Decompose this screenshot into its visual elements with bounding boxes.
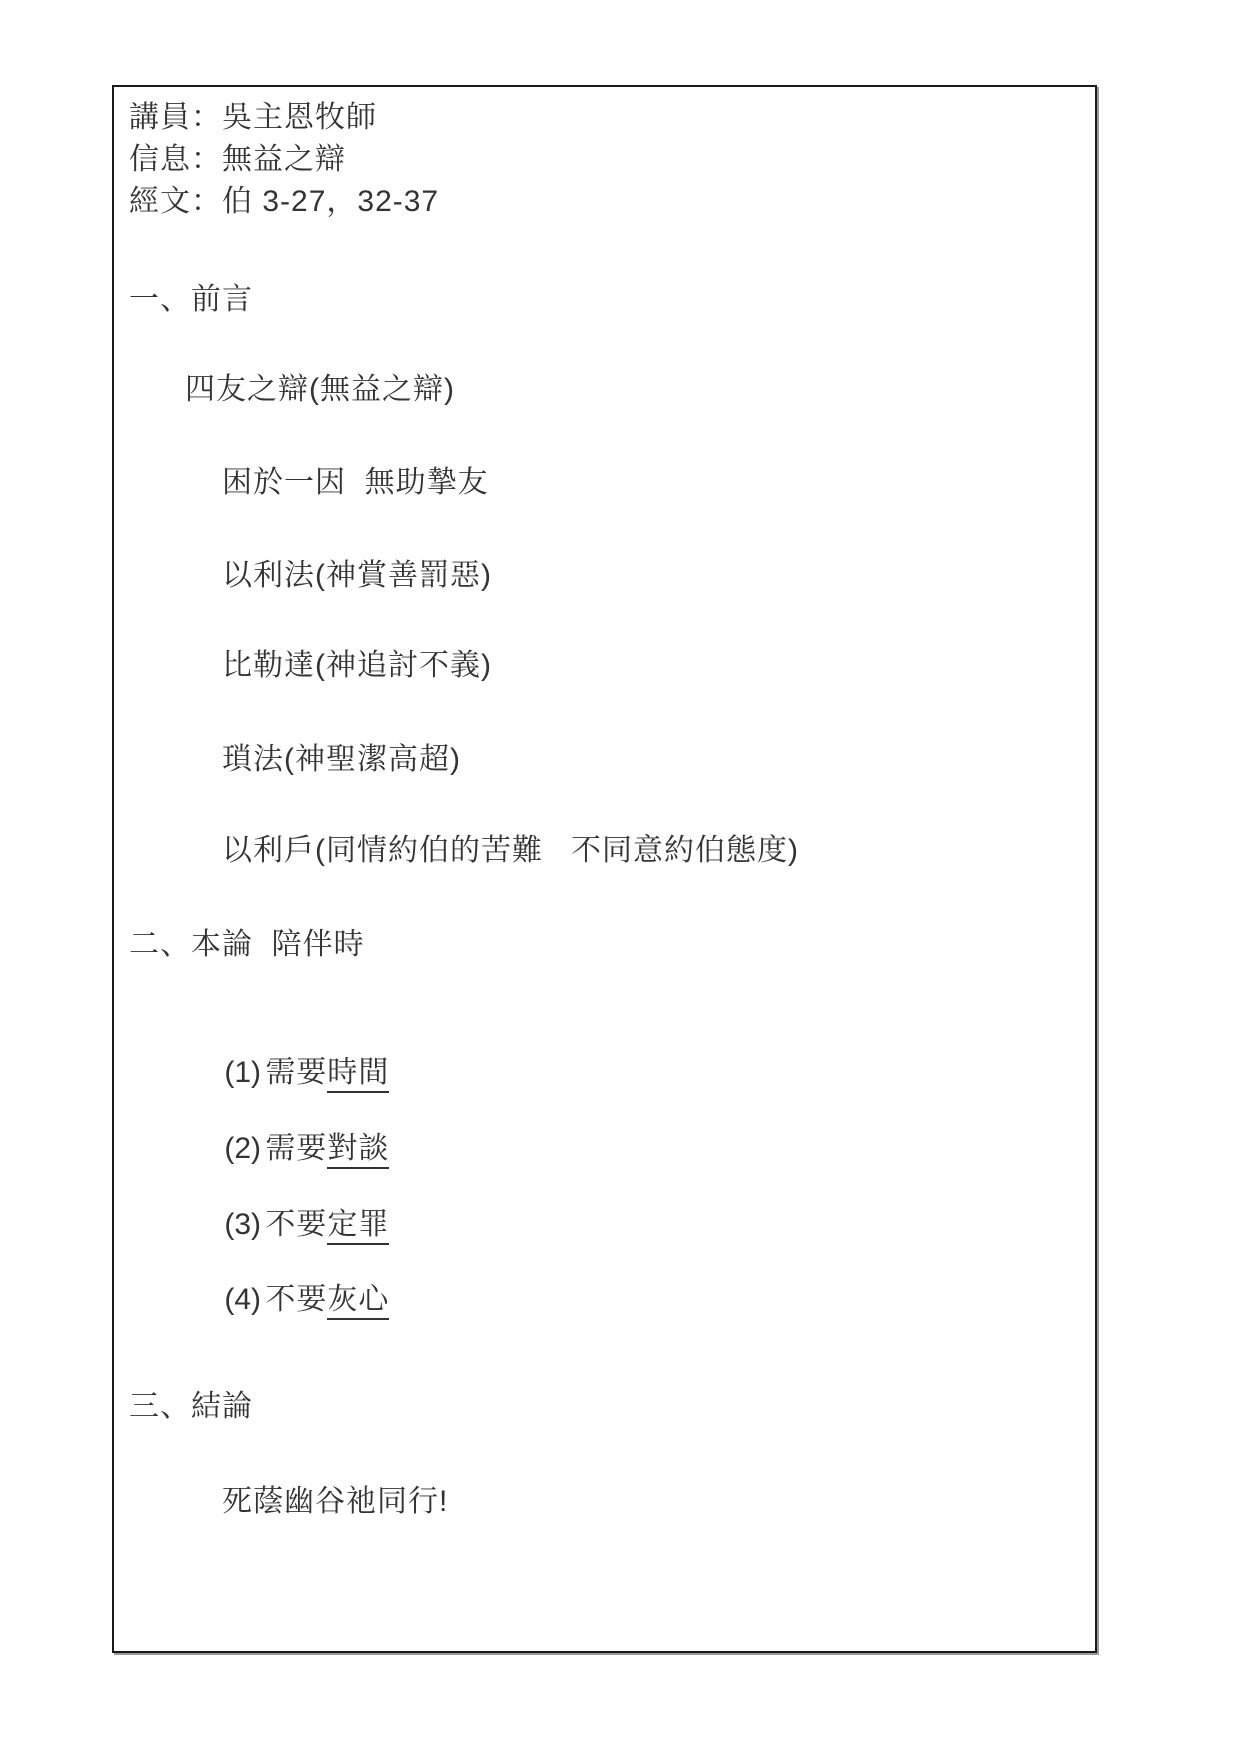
- conclusion-line: 死蔭幽谷祂同行!: [222, 1483, 448, 1521]
- document-page: 講員：吳主恩牧師 信息：無益之辯 經文：伯 3-27，32-37 一、前言 四友…: [0, 0, 1241, 1755]
- item-text: 需要: [265, 1056, 327, 1089]
- outline-point: 以利法(神賞善罰惡): [222, 557, 492, 595]
- outline-point: 困於一因 無助摯友: [222, 464, 489, 502]
- numbered-item: (4)不要灰心: [187, 1243, 389, 1357]
- underlined-text: 灰心: [327, 1283, 389, 1320]
- item-number: (4): [224, 1281, 265, 1319]
- outline-point: 比勒達(神追討不義): [222, 647, 492, 685]
- section-3-heading: 三、結論: [129, 1388, 253, 1426]
- underlined-text: 時間: [327, 1056, 389, 1093]
- speaker-line: 講員：吳主恩牧師: [129, 99, 377, 137]
- item-number: (3): [224, 1206, 265, 1244]
- item-text: 需要: [265, 1132, 327, 1165]
- item-number: (1): [224, 1054, 265, 1092]
- section-2-heading: 二、本論 陪伴時: [129, 926, 365, 964]
- outline-point: 瑣法(神聖潔高超): [222, 741, 461, 779]
- underlined-text: 定罪: [327, 1208, 389, 1245]
- item-text: 不要: [265, 1283, 327, 1316]
- message-line: 信息：無益之辯: [129, 141, 346, 179]
- item-number: (2): [224, 1130, 265, 1168]
- item-text: 不要: [265, 1208, 327, 1241]
- outline-point: 以利戶(同情約伯的苦難 不同意約伯態度): [222, 832, 799, 870]
- scripture-line: 經文：伯 3-27，32-37: [129, 183, 439, 221]
- section-1-topic: 四友之辯(無益之辯): [185, 371, 455, 409]
- section-1-heading: 一、前言: [129, 281, 253, 319]
- underlined-text: 對談: [327, 1132, 389, 1169]
